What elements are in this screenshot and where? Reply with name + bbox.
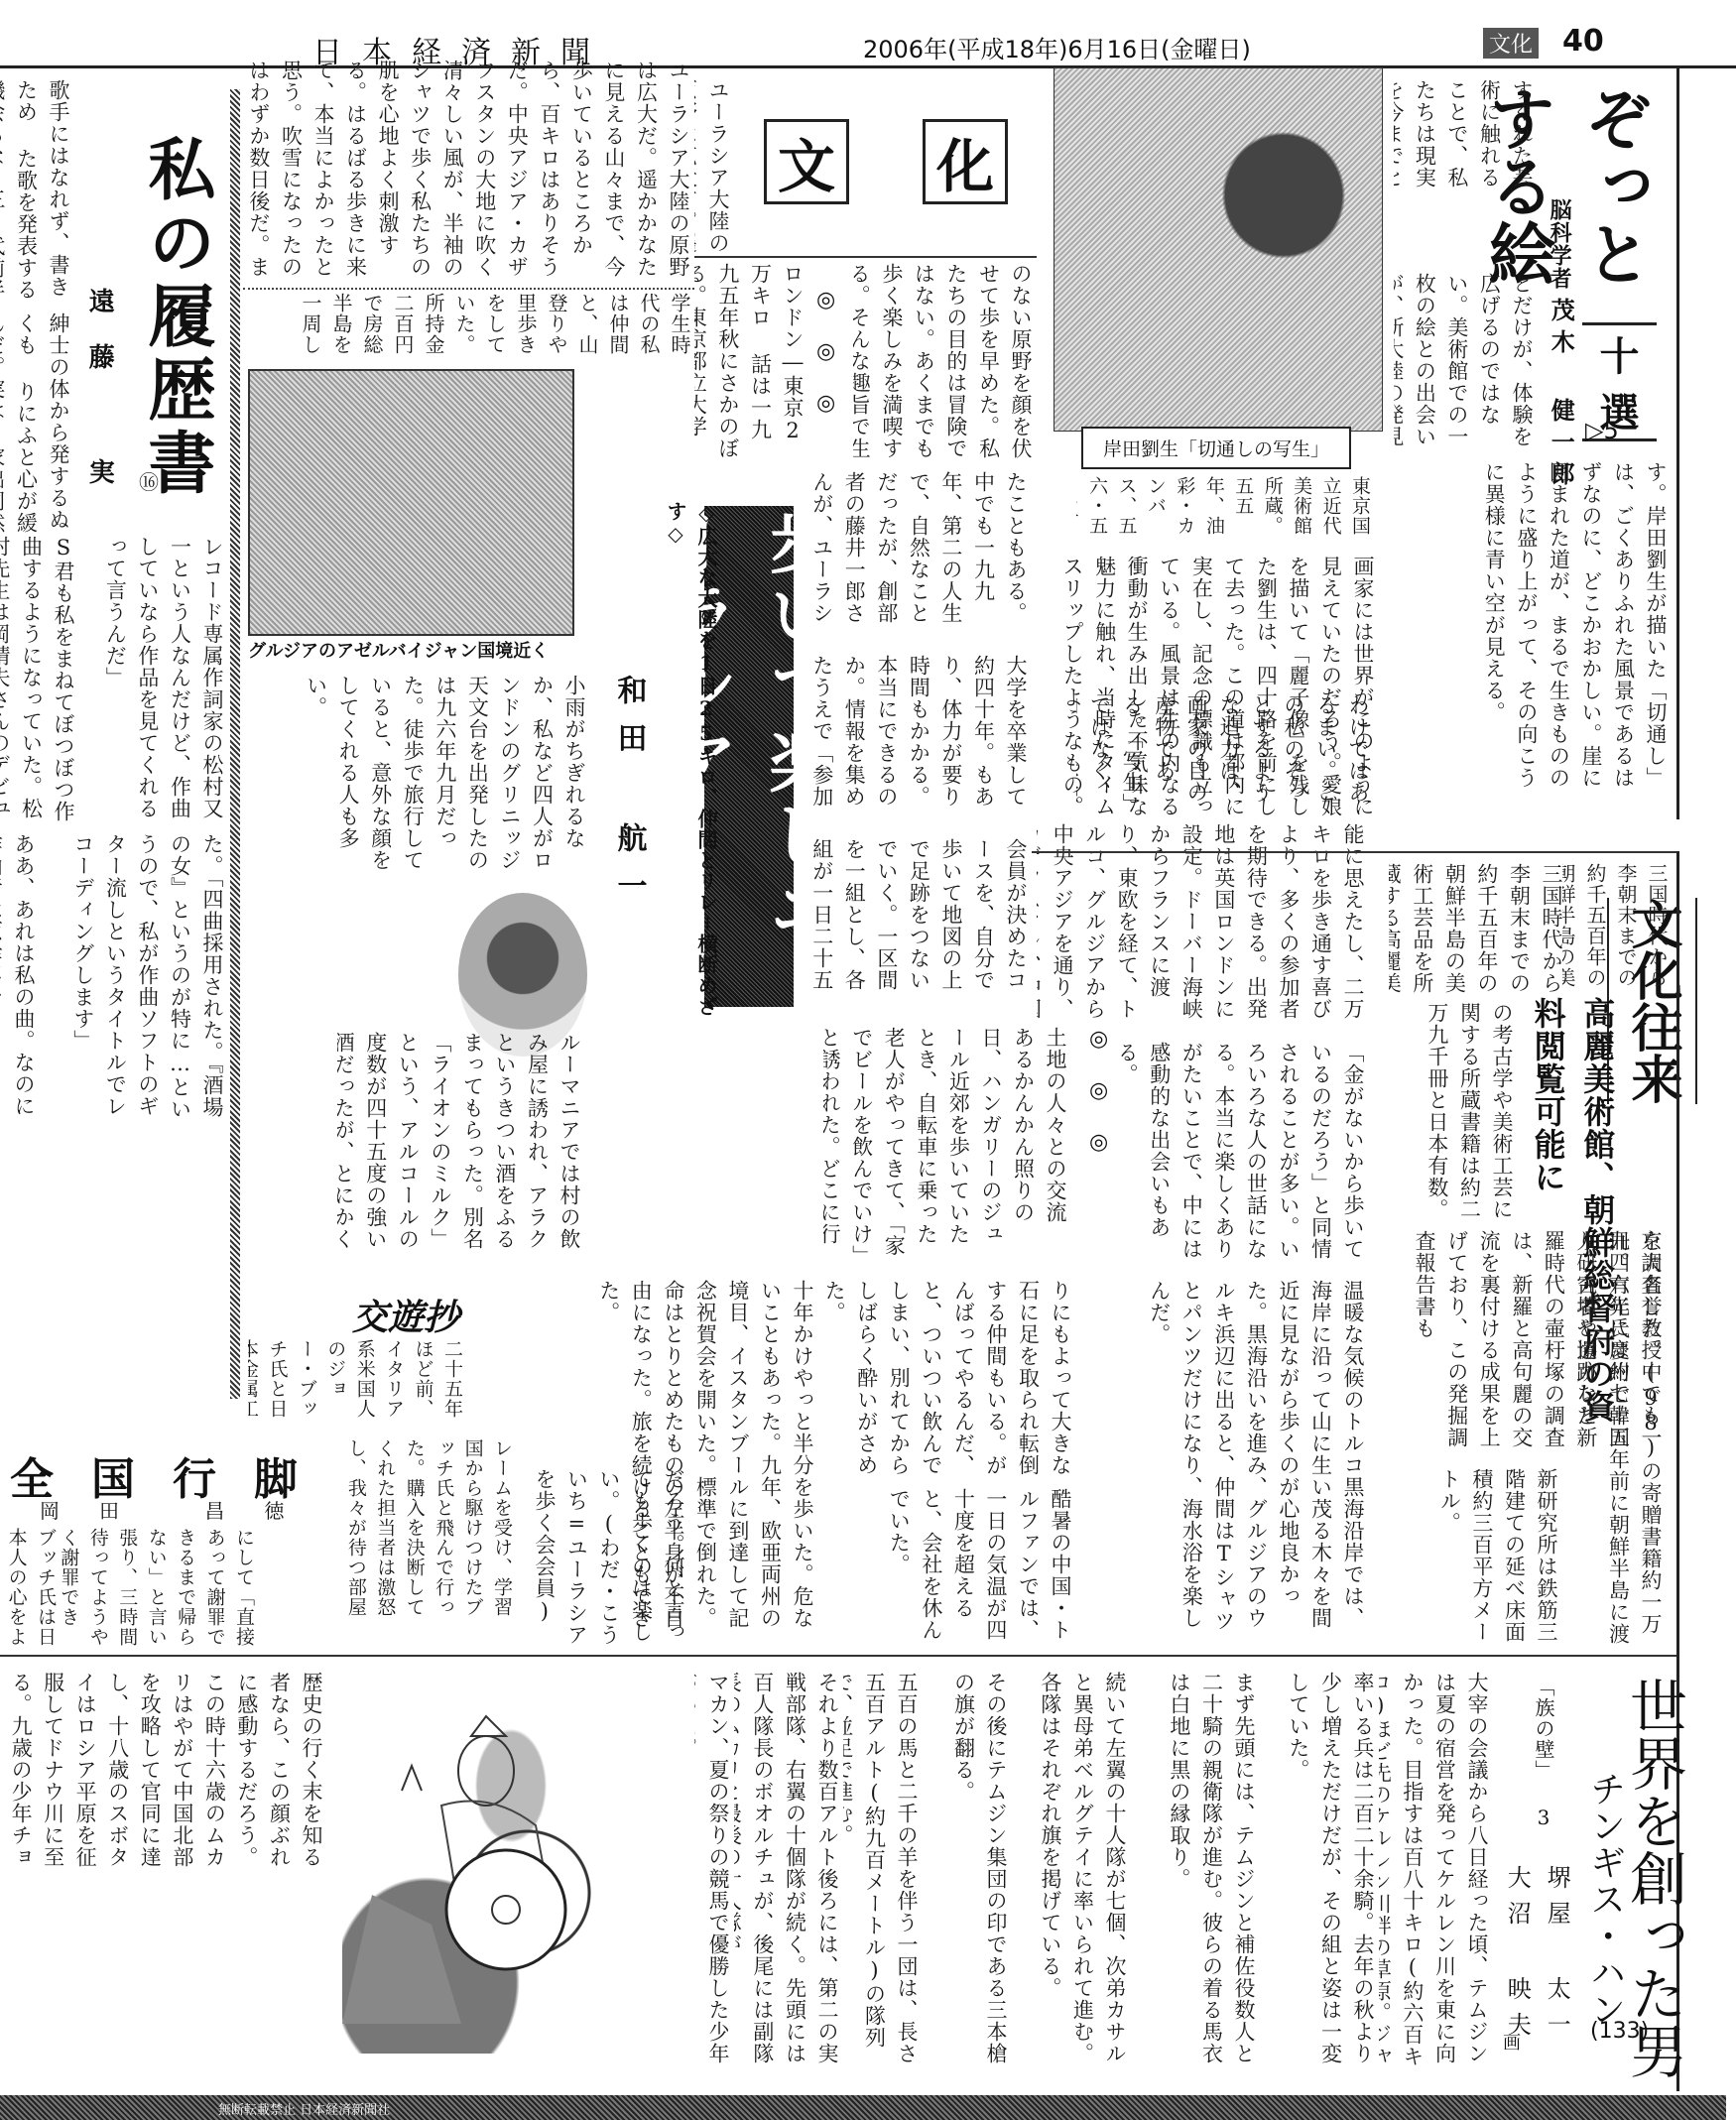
genghis-paragraph: 続いて左翼の十人隊が七個、次弟カサルと異母弟ベルグテイに率いられて進む。各隊はそ… xyxy=(1012,1672,1131,2078)
genghis-warrior-illustration xyxy=(342,1696,680,2054)
painting-caption: 岸田劉生「切通しの写生」 xyxy=(1081,427,1351,469)
walk-paragraph: 大学を卒業して約四十年。もあり、体力が要り時間もかかる。本当にできるのか。情報を… xyxy=(808,655,1032,828)
rirekisho-paragraph: た。「四曲採用された。『酒場の女』というのが特に…というので、私が作曲ソフトのギ… xyxy=(40,833,228,1131)
right-border xyxy=(1676,65,1679,819)
orai-paragraph: 新研究所は鉄筋三階建ての延べ床面積約三百平方メートル。 xyxy=(1389,1468,1562,1647)
genghis-installment: (133) xyxy=(1590,2019,1649,2044)
divider xyxy=(694,256,1037,258)
art-paragraph: す。岸田劉生が描いた「切通し」は、ごくありふれた風景であるはずなのに、どこかおか… xyxy=(1374,461,1672,809)
walk-paragraph: りにもよって大きな石に足を取られ転倒する仲間もいる。がんばってやるんだ、と、つい… xyxy=(823,1280,1076,1478)
art-paragraph: 東京国立近代美術館所蔵。五五年、油彩・カンバス、五六・五×五三・〇センチ。 xyxy=(1076,476,1374,546)
genghis-author: 堺屋 太一 xyxy=(1538,1865,1574,2048)
warrior-sketch-icon xyxy=(342,1696,680,2054)
orai-paragraph: 三国時代から李朝末までの約千五百年の朝鮮半島の美術工芸品を所蔵する高麗美術館(京… xyxy=(1389,863,1567,1002)
genghis-paragraph: それより数百アルト後ろには、第二の実戦部隊、右翼の十個隊が続く。先頭には百人隊長… xyxy=(734,1672,843,2078)
walk-paragraph: 会員が決めたコースを、自分で歩いて地図の上で足跡をつないでいく。一区間を一組とし… xyxy=(808,838,1032,1007)
divider xyxy=(0,1655,1676,1657)
bunka-heading-char: 文 xyxy=(764,119,849,204)
zenkoku-author: 岡田 昌徳 xyxy=(40,1495,323,1524)
art-series-title: ぞっとする絵 xyxy=(1577,84,1662,327)
genghis-paragraph: 五百の馬と二千の羊を伴う一団は、長さ五百アルト(約九百メートル)の隊列で、並足で… xyxy=(843,1672,923,2078)
genghis-chapter: 「族の壁」 3 xyxy=(1528,1677,1558,1830)
genghis-paragraph: 歴史の行く末を知る者なら、この顔ぶれに感動するだろう。この時十六歳のムカリはやが… xyxy=(0,1672,327,1870)
rirekisho-paragraph: レコード専属作詞家の松村又一という人なんだけど、作曲していなら作品を見てくれるっ… xyxy=(79,536,228,833)
kouyu-title: 交遊抄 xyxy=(352,1290,459,1340)
orai-paragraph: の考古学や美術工芸に関する所蔵書籍は約二万九千冊と日本有数。 xyxy=(1389,1002,1518,1230)
kouyu-paragraph: 二十五年ほど前、イタリア系米国人のジョー・ブッチ氏と日本金属工業(現日新製鋼)の… xyxy=(248,1339,466,1429)
genghis-paragraph: まず先頭には、テムジンと補佐役数人と二十騎の親衛隊が進む。彼らの着る馬衣は白地に… xyxy=(1131,1672,1260,2078)
walk-paragraph: 能に思えたし、二万キロを歩き通す喜びより、多くの参加者を期待できる。出発地は英国… xyxy=(1037,823,1369,1022)
art-installment: ▷5 xyxy=(1585,417,1619,444)
walk-paragraph: 酷暑の中国・トルファンでは、一日の気温が四十度を超えると、会社を休んでいた。 xyxy=(823,1488,1076,1647)
walk-paragraph: のない原野を顔を伏せて歩を早めた。私たちの目的は冒険ではない。あくまでも歩く楽し… xyxy=(853,263,1037,461)
photo-caption: グルジアのアゼルバイジャン国境近く xyxy=(248,637,570,663)
rirekisho-paragraph: 紳士の体から発するぬくも りにふと心が緩んだ。実は 家出同然で新潟から出てきた xyxy=(0,312,74,541)
walk-paragraph: たこともある。中でも一九九年、第二の人生で、自然なことだったが、創部者の藤井一郎… xyxy=(808,471,1032,645)
walk-paragraph: 小雨がちぎれるなか、私など四人がロンドンのグリニッジ天文台を出発したのは九六年九… xyxy=(243,675,590,873)
genghis-paragraph: その後にテムジン集団の印である三本槍の旗が翻る。 xyxy=(923,1672,1012,2078)
section-badge: 文化 xyxy=(1483,28,1539,59)
genghis-paragraph: 大宰の会議から八日経った頃、テムジンは夏の宿営を発ってケルレン川を東に向かった。… xyxy=(1379,1672,1493,2078)
painting-kirido-shi xyxy=(1054,67,1383,432)
art-paragraph: とだけが、体験を広げるのではない。美術館での一枚の絵との出会いが、新大陸の発見に… xyxy=(1394,273,1538,451)
genghis-illustrator: 大沼 映夫 xyxy=(1498,1865,1535,2048)
walk-article-author: 和田 航一 xyxy=(605,675,652,918)
genghis-subtitle: チンギス・ハン xyxy=(1577,1771,1633,2028)
walk-paragraph: ロンドン―東京2万キロ 話は一九九五年秋にさかのぼる。東京都立大学(現・首都大学… xyxy=(694,263,808,461)
genghis-paragraph: 率いる兵は二百二十余騎。去年の秋より少し増えただけだが、その組と姿は一変していた… xyxy=(1260,1672,1379,2078)
walk-lead-first-line: ユーラシア大陸の原野は広大だ。遥かかなたに見える山々まで、今歩いているところから… xyxy=(694,79,734,258)
walk-article-subtitle: ◇広大な大陸を1日25キロ、仲間とリレー横断めざす◇ xyxy=(660,501,721,1017)
issue-date: 2006年(平成18年)6月16日(金曜日) xyxy=(863,30,1251,64)
walk-lead-column: ユーラシア大陸の原野は広大だ。遥かかなたに見える山々まで、今歩いているところから… xyxy=(243,60,694,283)
divider xyxy=(243,288,694,290)
orai-paragraph: 京大名誉教授(98)の寄贈書籍約一万冊。有光氏は約七十五年前に朝鮮半島に渡り、古… xyxy=(1567,1230,1667,1647)
genghis-illustrator-role: 画 xyxy=(1503,2029,1521,2055)
rirekisho-paragraph: S君も私をまねてぼつぼつ作曲するようになっていた。松村先生は岡晴夫さんのデビュー… xyxy=(0,536,79,833)
art-author-role: 脳科学者 xyxy=(1543,198,1576,290)
rirekisho-installment: ⑯ xyxy=(139,466,159,495)
footer-text: 無断転載禁止 日本経済新聞社 xyxy=(218,2099,390,2118)
rirekisho-title: 私の履歴書 xyxy=(129,134,225,501)
kouyu-paragraph: レームを受け、学習国から駆けつけたブッチ氏と飛んで行った。購入を決断してくれた担… xyxy=(347,1438,516,1627)
walk-paragraph: だろう。何と言っても歩くのは楽しい。(わだ・こういち=ユーラシアを歩く会会員) xyxy=(516,1468,689,1647)
rirekisho-paragraph: ああ、あれは私の曲。なのに作曲者は原幸男で xyxy=(0,833,40,1131)
photo-georgia-walkers xyxy=(248,369,574,636)
art-paragraph: すぐれた芸術に触れることで、私たちは現実を今までとは違った姿のうちにとらえるよう… xyxy=(1394,79,1538,198)
orai-paragraph: 三国時代から李朝末までの約千五百年の朝鮮半島の美術工芸品を所蔵する高麗美術館(京… xyxy=(1562,863,1672,992)
footer-band: 無断転載禁止 日本経済新聞社 xyxy=(0,2095,1726,2120)
walk-paragraph: 学生時代の私は仲間と、山登りや里歩きをしていた。所持金二百円で房総半島を一周し xyxy=(243,293,694,367)
walk-paragraph: 温暖な気候のトルコ黒海沿岸では、海岸に沿って山に生い茂る木々を間近に見ながら歩く… xyxy=(1081,1280,1369,1647)
column-divider xyxy=(230,89,240,1399)
section-break-marker: ◎ ◎ ◎ xyxy=(808,288,842,417)
divider xyxy=(1032,851,1676,853)
art-paragraph: 画家には世界がこのように見えていたのだろう。愛娘を描いて「麗子像」を残した劉生は… xyxy=(1061,556,1379,818)
kouyu-paragraph: にして「直接あって謝罪できるまで帰らない」と言い張り、三時間待ってようやく謝罪で… xyxy=(60,1528,258,1647)
kouyu-paragraph: ブッチ氏は日本人の心をよく理解 xyxy=(0,1528,60,1647)
walk-paragraph: 土地の人々との交流 あるかんかん照りの日、ハンガリーのジュール近郊を歩いていたと… xyxy=(823,1027,1071,1265)
bunka-heading-char: 化 xyxy=(923,119,1008,204)
rirekisho-paragraph: 歌手にはなれず、書きため た歌を発表する機会もなく三 代前半が過ぎていく。故郷 xyxy=(0,79,74,308)
walk-paragraph: 「金がないから歩いているのだろう」と同情されることが多い。いろいろな人の世話にな… xyxy=(1081,1042,1369,1270)
genghis-paragraph: マカン、夏の祭りの競馬で優勝した少年がいた。 xyxy=(694,1672,734,2078)
rirekisho-author-name: 遠藤 実 xyxy=(79,288,119,514)
walk-paragraph: ルーマニアでは村の飲み屋に誘われ、アラクというきつい酒をふるまってもらった。別名… xyxy=(337,1032,585,1265)
page-number: 40 xyxy=(1562,24,1604,59)
masthead: 日本経済新聞 2006年(平成18年)6月16日(金曜日) 文化 40 xyxy=(0,24,1736,63)
